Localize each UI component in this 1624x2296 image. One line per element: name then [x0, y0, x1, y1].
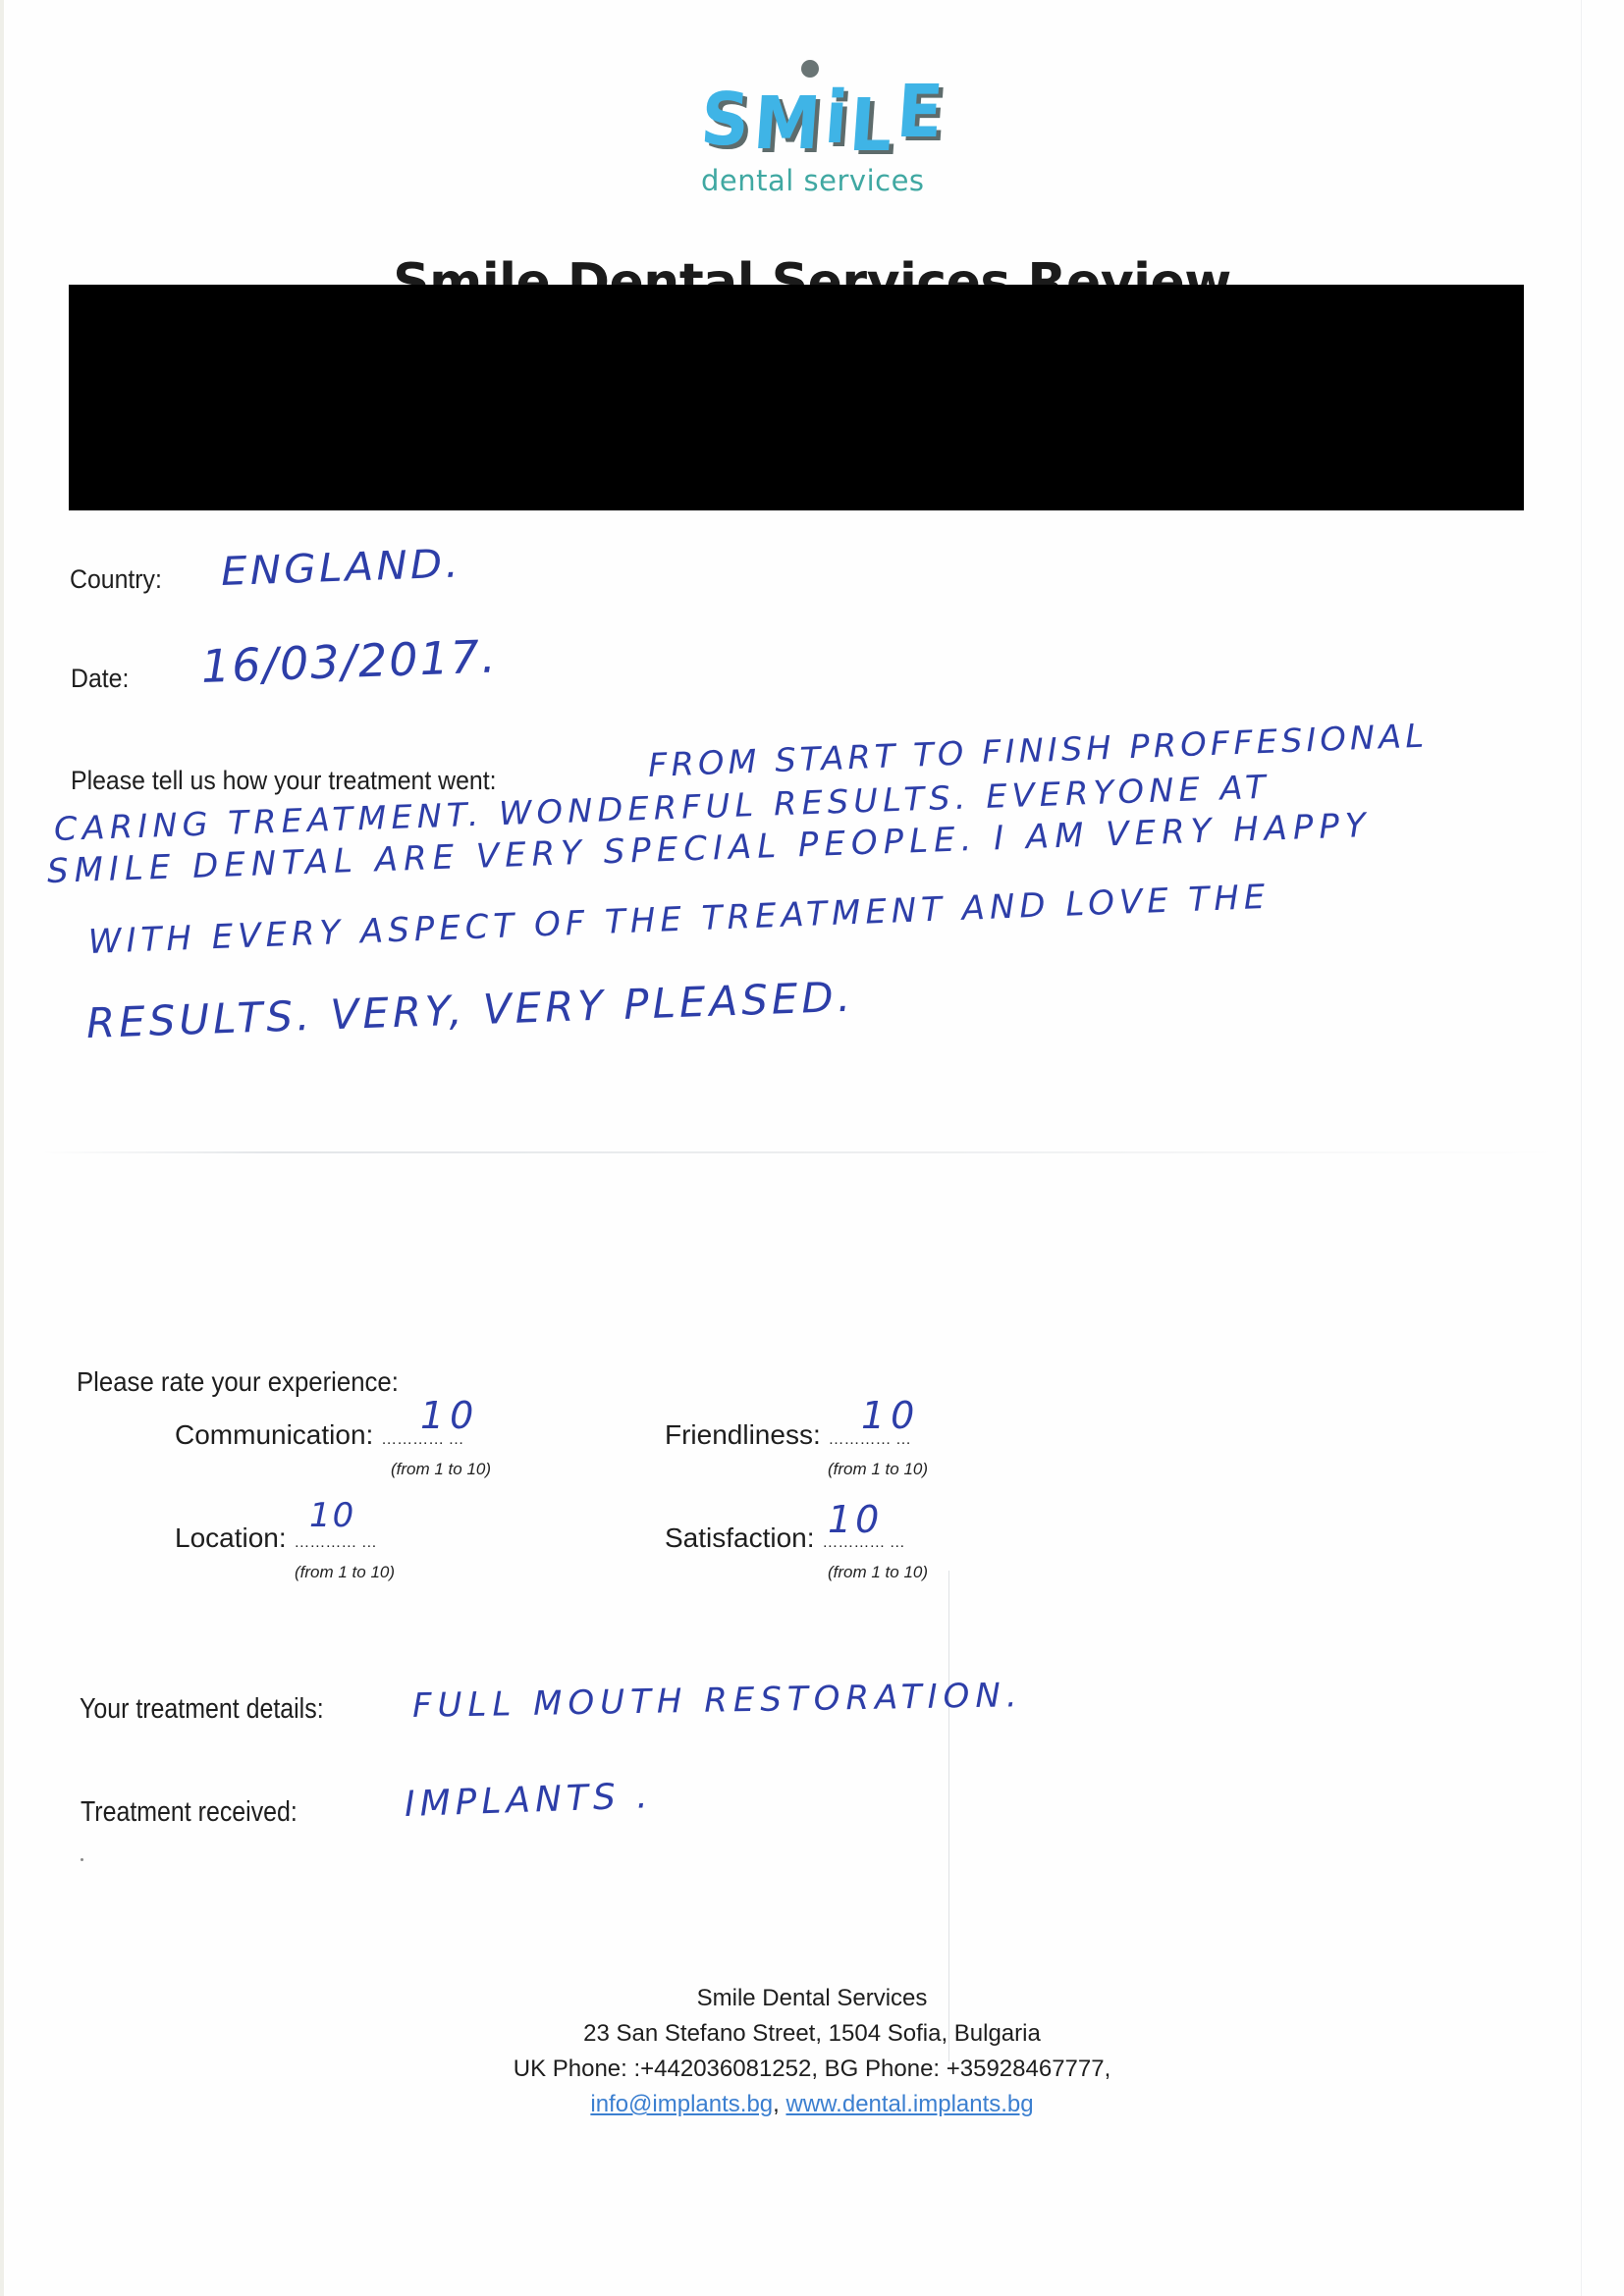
- rating-hint: (from 1 to 10): [295, 1563, 395, 1582]
- logo-subtitle: dental services: [701, 164, 925, 197]
- rating-hint: (from 1 to 10): [828, 1563, 928, 1582]
- email-link[interactable]: info@implants.bg: [590, 2091, 773, 2117]
- rating-communication-value: 10: [420, 1394, 479, 1437]
- logo-letter: i: [823, 81, 848, 154]
- treatment-went-line: FROM START TO FINISH PROFFESIONAL: [647, 717, 1428, 784]
- logo-letter: M: [751, 87, 821, 160]
- footer-phones: UK Phone: :+442036081252, BG Phone: +359…: [0, 2052, 1624, 2087]
- treatment-received-label: Treatment received:: [81, 1796, 298, 1829]
- scan-artifact-line: [1581, 0, 1582, 2296]
- treatment-went-line: WITH EVERY ASPECT OF THE TREATMENT AND L…: [87, 878, 1271, 962]
- footer-contact-links: info@implants.bg, www.dental.implants.bg: [0, 2087, 1624, 2122]
- rating-satisfaction-value: 10: [828, 1498, 883, 1541]
- logo-dot-icon: [801, 60, 819, 78]
- footer-address: 23 San Stefano Street, 1504 Sofia, Bulga…: [0, 2016, 1624, 2052]
- rating-label: Friendliness:: [665, 1419, 821, 1450]
- treatment-went-label: Please tell us how your treatment went:: [71, 766, 497, 796]
- rating-label: Communication:: [175, 1419, 373, 1450]
- rating-hint: (from 1 to 10): [828, 1460, 928, 1479]
- scan-speck: [81, 1858, 83, 1861]
- rating-friendliness-value: 10: [861, 1394, 920, 1437]
- rating-hint: (from 1 to 10): [391, 1460, 491, 1479]
- smile-dental-logo: S M i L E dental services: [687, 54, 923, 201]
- logo-letter: S: [698, 83, 749, 156]
- date-value: 16/03/2017.: [200, 629, 498, 692]
- logo-wordmark: S M i L E: [699, 78, 943, 156]
- country-value: ENGLAND.: [220, 541, 461, 595]
- review-form-page: S M i L E dental services Smile Dental S…: [0, 0, 1624, 2296]
- company-footer: Smile Dental Services 23 San Stefano Str…: [0, 1981, 1624, 2122]
- treatment-went-line: RESULTS. VERY, VERY PLEASED.: [85, 973, 855, 1047]
- scan-edge: [0, 0, 4, 2296]
- redaction-block: [69, 285, 1524, 510]
- country-label: Country:: [70, 564, 162, 595]
- treatment-received-value: IMPLANTS .: [404, 1776, 653, 1825]
- logo-letter: L: [847, 89, 893, 162]
- rating-label: Satisfaction:: [665, 1522, 815, 1553]
- rating-label: Location:: [175, 1522, 287, 1553]
- rating-location-value: 10: [309, 1496, 355, 1535]
- rating-dots: ………… …: [294, 1534, 376, 1551]
- website-link[interactable]: www.dental.implants.bg: [786, 2091, 1034, 2117]
- footer-company-name: Smile Dental Services: [0, 1981, 1624, 2016]
- logo-letter: E: [894, 76, 944, 148]
- paper-fold-line: [39, 1151, 1571, 1153]
- date-label: Date:: [71, 664, 129, 694]
- ratings-heading: Please rate your experience:: [77, 1366, 399, 1398]
- treatment-details-value: FULL MOUTH RESTORATION.: [412, 1676, 1023, 1726]
- link-separator: ,: [773, 2091, 785, 2117]
- treatment-details-label: Your treatment details:: [80, 1693, 324, 1726]
